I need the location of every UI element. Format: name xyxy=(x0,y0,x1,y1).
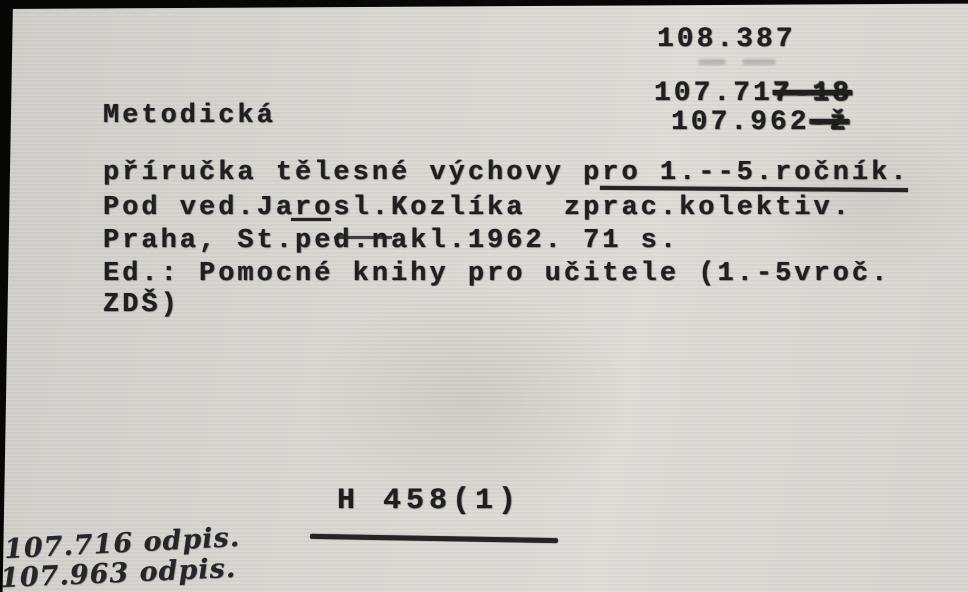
mark-nakl xyxy=(334,236,392,239)
body-line-series: Ed.: Pomocné knihy pro učitele (1.-5vroč… xyxy=(103,259,890,289)
body-line-series-cont: ZDŠ) xyxy=(103,290,180,320)
accession-number-2-plain: 107.71 xyxy=(654,78,773,109)
ink-smudge xyxy=(698,59,726,65)
accession-number-1: 108.387 xyxy=(657,24,796,55)
body-line-editor: Pod ved.Jarosl.Kozlíka zprac.kolektiv. xyxy=(103,193,852,223)
body-line-imprint: Praha, St.ped.nakl.1962. 71 s. xyxy=(103,226,679,256)
accession-number-3-struck: -ž xyxy=(810,107,850,138)
body-line-title: příručka tělesné výchovy pro 1.--5.roční… xyxy=(103,158,910,188)
card-heading-word: Metodická xyxy=(103,101,276,131)
accession-number-3-plain: 107.962 xyxy=(671,107,810,138)
accession-number-2: 107.717-18 xyxy=(654,78,852,109)
accession-number-3: 107.962-ž xyxy=(671,107,849,138)
accession-number-2-struck: 7-18 xyxy=(773,78,852,109)
ink-smudge xyxy=(742,59,776,65)
underline-kozlika xyxy=(291,218,331,221)
catalog-card-scan: 108.387 107.717-18 107.962-ž Metodická p… xyxy=(0,0,968,592)
call-number: H 458(1) xyxy=(337,484,521,518)
